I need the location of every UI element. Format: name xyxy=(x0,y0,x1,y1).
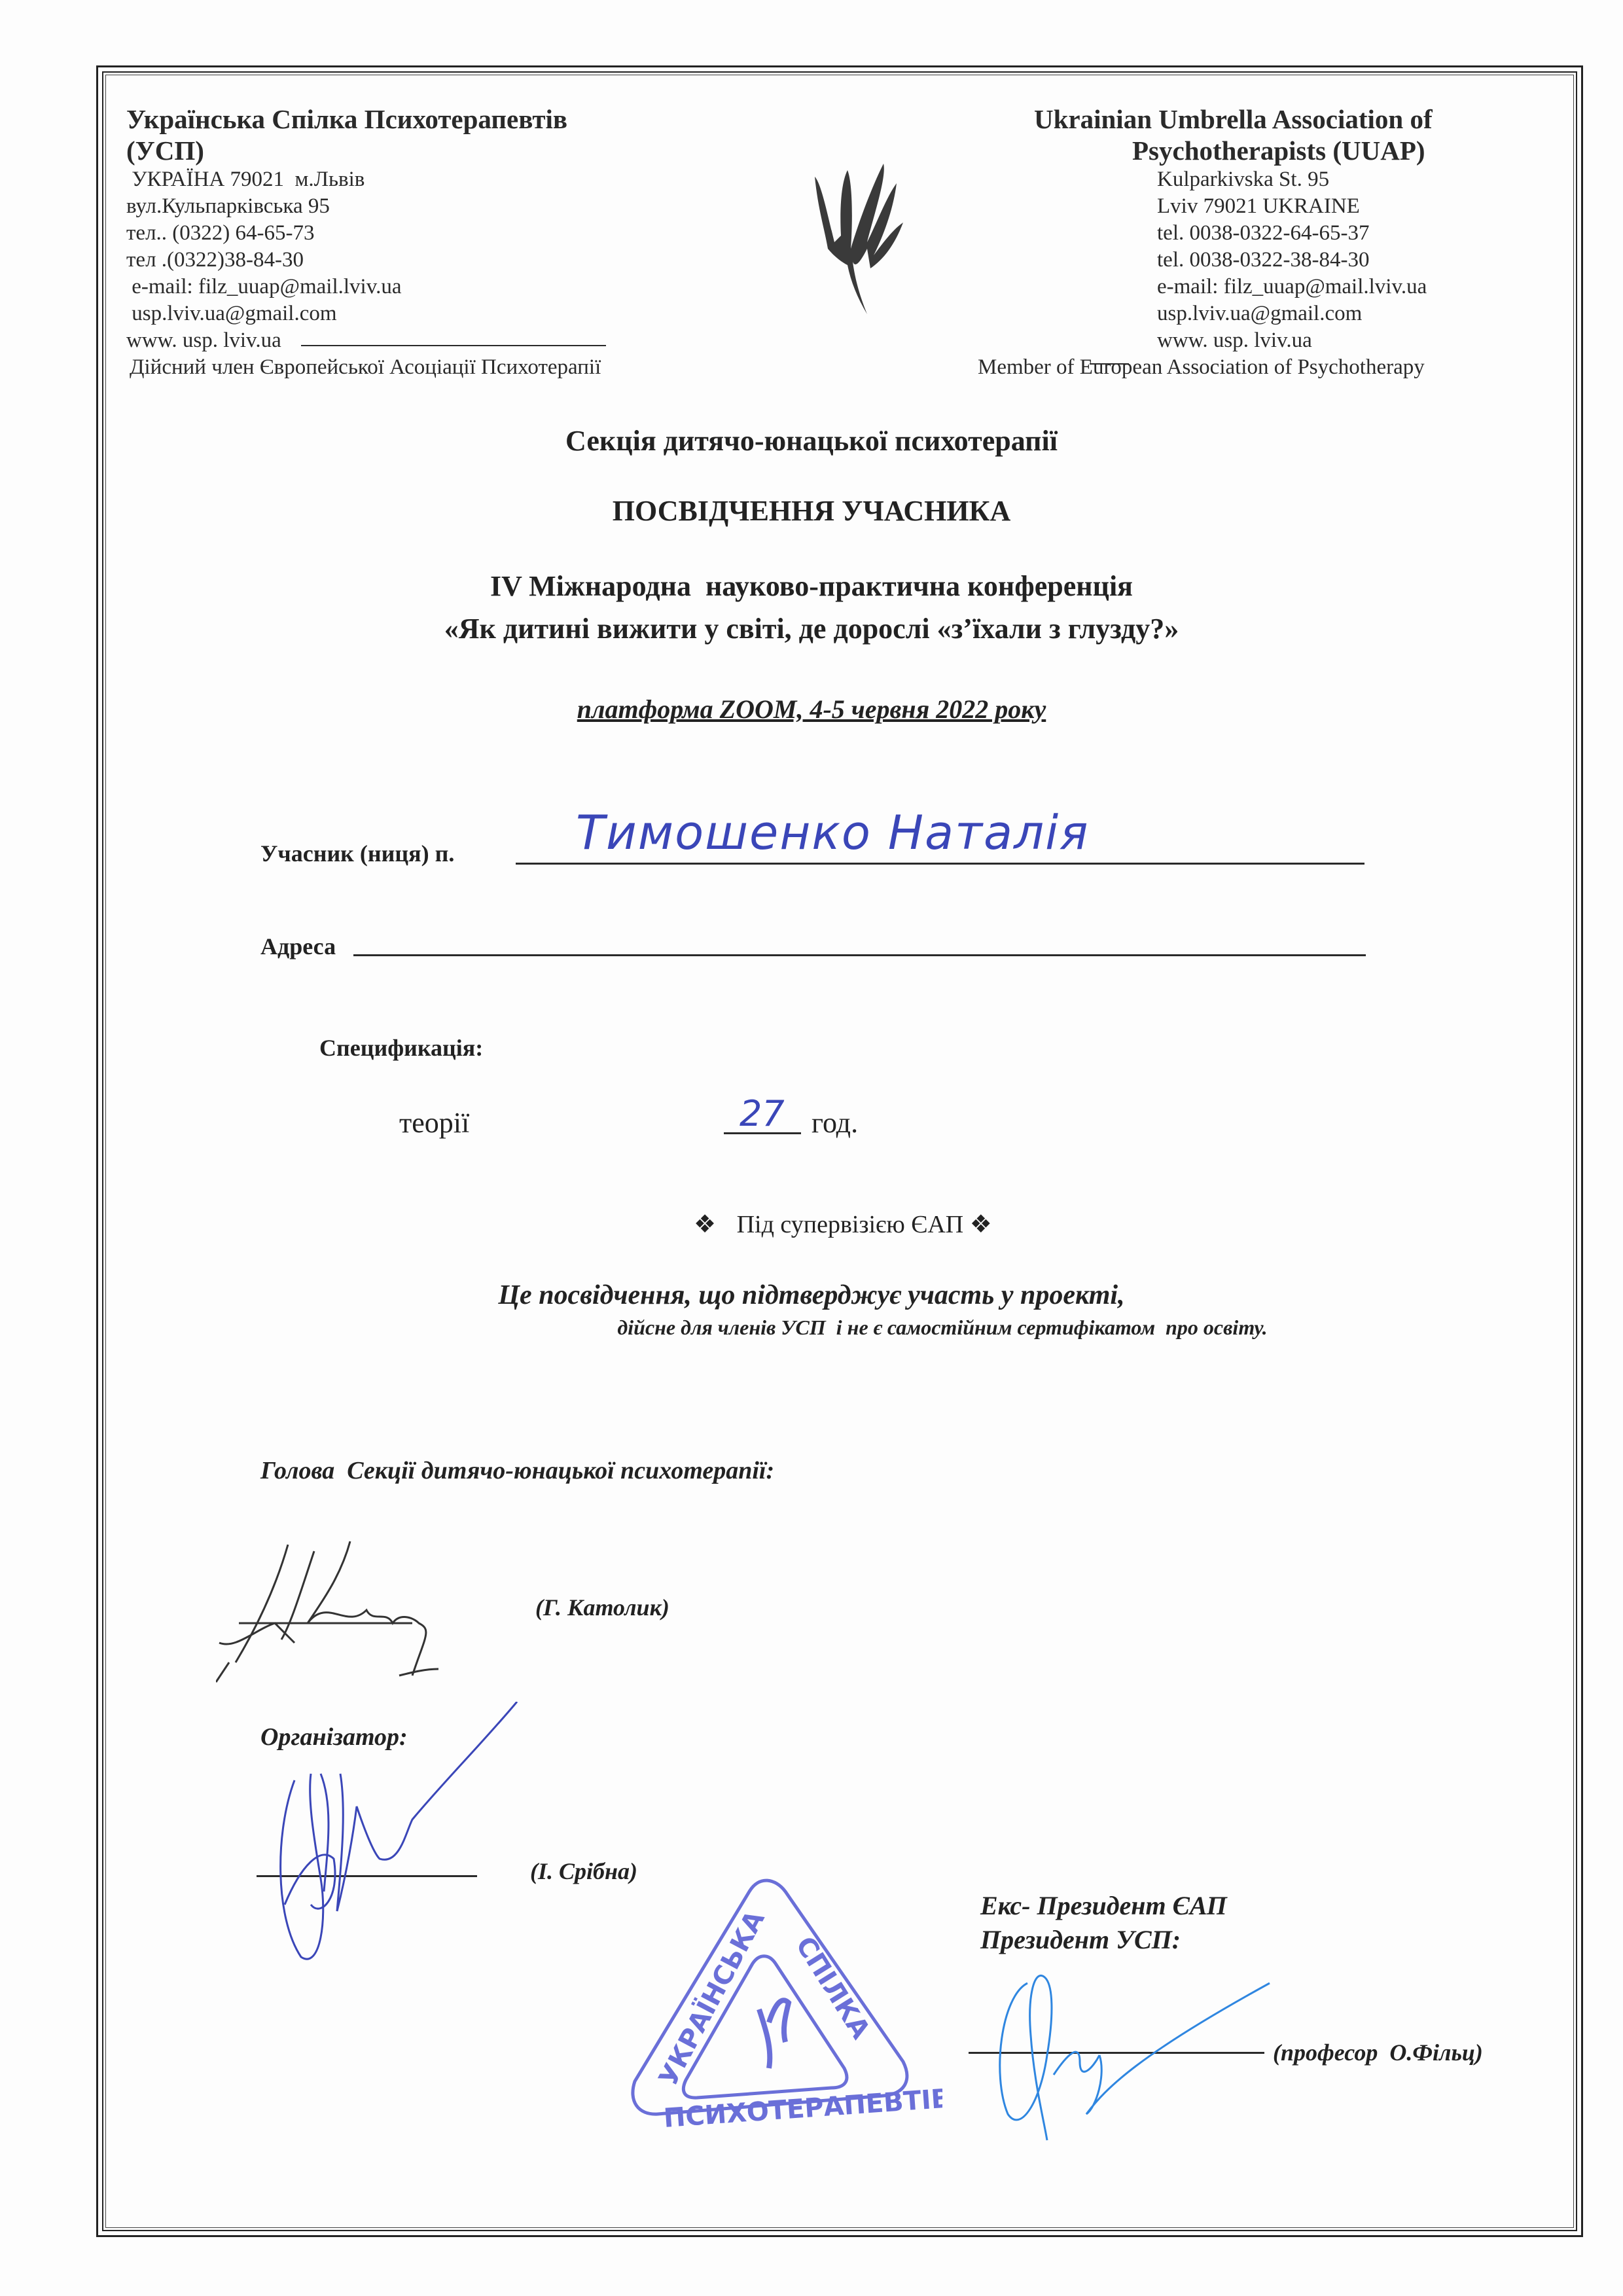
header-left-rule xyxy=(301,345,606,346)
org-abbr-en: Psychotherapists (UUAP) xyxy=(969,135,1571,166)
participant-line xyxy=(516,863,1364,865)
contact-line: www. usp. lviv.ua xyxy=(126,327,715,354)
org-name-en: Ukrainian Umbrella Association of xyxy=(969,103,1571,135)
ornament-icon: ❖ xyxy=(970,1210,992,1238)
contact-line: УКРАЇНА 79021 м.Львів xyxy=(126,166,715,193)
organizer-signature-icon xyxy=(249,1702,576,1977)
organizer-name: (І. Срібна) xyxy=(530,1857,637,1885)
certificate-title: ПОСВІДЧЕННЯ УЧАСНИКА xyxy=(0,494,1623,528)
contact-line: Lviv 79021 UKRAINE xyxy=(1157,193,1571,220)
membership-ua: Дійсний член Європейської Асоціації Псих… xyxy=(130,354,715,381)
contact-line: тел .(0322)38-84-30 xyxy=(126,247,715,274)
contact-line: e-mail: filz_uuap@mail.lviv.ua xyxy=(1157,274,1571,300)
contact-line: tel. 0038-0322-38-84-30 xyxy=(1157,247,1571,274)
participant-label: Учасник (ниця) п. xyxy=(260,840,454,867)
header-right: Ukrainian Umbrella Association of Psycho… xyxy=(969,103,1571,381)
header-left: Українська Спілка Психотерапевтів (УСП) … xyxy=(126,103,715,381)
org-contacts-en: Kulparkivska St. 95Lviv 79021 UKRAINEtel… xyxy=(969,166,1571,354)
participant-name-field[interactable]: Тимошенко Наталія xyxy=(576,805,1089,860)
president-name: (професор О.Фільц) xyxy=(1273,2039,1483,2066)
conference-line-1: IV Міжнародна науково-практична конферен… xyxy=(0,569,1623,603)
president-role-1: Екс- Президент ЄАП xyxy=(980,1890,1227,1921)
contact-line: www. usp. lviv.ua xyxy=(1157,327,1571,354)
usp-logo-icon xyxy=(795,157,919,321)
section-title: Секція дитячо-юнацької психотерапії xyxy=(0,424,1623,457)
hours-unit: год. xyxy=(811,1106,858,1139)
ornament-icon: ❖ xyxy=(694,1210,716,1238)
specification-label: Спецификація: xyxy=(319,1034,483,1062)
president-signature-icon xyxy=(982,1957,1296,2153)
stamp-right-text: СПІЛКА xyxy=(790,1931,876,2044)
supervision-line: ❖ Під супервізією ЄАП ❖ xyxy=(694,1210,992,1239)
stamp-left-text: УКРАЇНСЬКА xyxy=(652,1905,770,2091)
contact-line: вул.Кульпарківська 95 xyxy=(126,193,715,220)
org-name-ua: Українська Спілка Психотерапевтів xyxy=(126,103,715,135)
head-name: (Г. Католик) xyxy=(535,1594,669,1621)
hours-field[interactable]: 27 xyxy=(740,1093,785,1134)
theory-label: теорії xyxy=(399,1106,469,1139)
contact-line: Kulparkivska St. 95 xyxy=(1157,166,1571,193)
contact-line: e-mail: filz_uuap@mail.lviv.ua xyxy=(126,274,715,300)
head-role: Голова Секції дитячо-юнацької психотерап… xyxy=(260,1456,774,1485)
org-abbr-ua: (УСП) xyxy=(126,135,715,166)
supervision-text: Під супервізією ЄАП xyxy=(737,1211,964,1238)
disclaimer-line-1: Це посвідчення, що підтверджує участь у … xyxy=(0,1280,1623,1311)
contact-line: тел.. (0322) 64-65-73 xyxy=(126,220,715,247)
head-signature-icon xyxy=(216,1532,510,1689)
conference-line-2: «Як дитині вижити у світі, де дорослі «з… xyxy=(0,612,1623,645)
org-contacts-ua: УКРАЇНА 79021 м.Львіввул.Кульпарківська … xyxy=(126,166,715,354)
contact-line: usp.lviv.ua@gmail.com xyxy=(1157,300,1571,327)
disclaimer-line-2: дійсне для членів УСП і не є самостійним… xyxy=(131,1316,1623,1340)
contact-line: tel. 0038-0322-64-65-37 xyxy=(1157,220,1571,247)
contact-line: usp.lviv.ua@gmail.com xyxy=(126,300,715,327)
platform-date: платформа ZOOM, 4-5 червня 2022 року xyxy=(0,694,1623,725)
president-role-2: Президент УСП: xyxy=(980,1924,1181,1955)
usp-stamp-icon: УКРАЇНСЬКА СПІЛКА ПСИХОТЕРАПЕВТІВ xyxy=(628,1872,942,2134)
membership-en: Member of European Association of Psycho… xyxy=(969,354,1571,381)
header-right-rule xyxy=(1090,363,1129,365)
address-label: Адреса xyxy=(260,933,336,960)
address-line xyxy=(353,954,1366,956)
